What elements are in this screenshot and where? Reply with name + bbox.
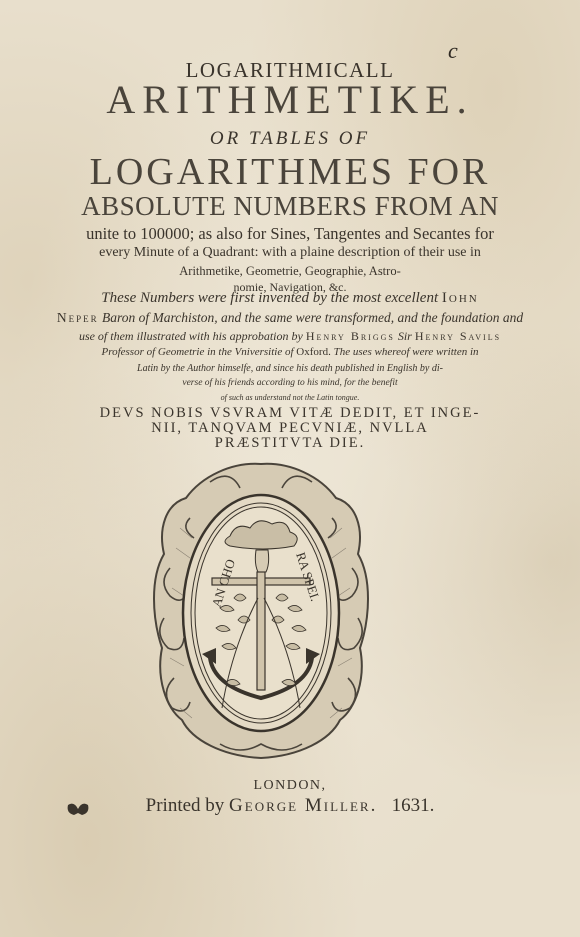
title-main: Arithmetike. <box>0 76 580 123</box>
title-line-8: Arithmetike, Geometrie, Geographie, Astr… <box>0 264 580 279</box>
attribution-text: Baron of Marchiston, and the same were t… <box>99 310 523 325</box>
attribution-text: use of them illustrated with his approba… <box>79 329 306 343</box>
anchor-emblem-icon: AN CHO RA SPEI. <box>150 458 372 763</box>
title-page: c Logarithmicall Arithmetike. Or Tables … <box>0 0 580 937</box>
attribution-text: The uses whereof were written in <box>331 346 479 358</box>
author-name: Iohn <box>442 290 479 306</box>
title-line-5: Absolute Numbers from an <box>0 191 580 222</box>
attribution-line-4: Professor of Geometrie in the Vniversiti… <box>0 346 580 358</box>
attribution-line-2: Neper Baron of Marchiston, and the same … <box>0 310 580 326</box>
imprint-year: 1631. <box>392 795 435 816</box>
attribution-text: These Numbers were first invented by the… <box>101 290 442 306</box>
attribution-text: Professor of Geometrie in the Vniversiti… <box>101 346 296 358</box>
imprint-place: London, <box>0 778 580 794</box>
title-line-6: unite to 100000; as also for Sines, Tang… <box>0 224 580 244</box>
author-surname: Neper <box>57 310 99 325</box>
attribution-line-6: verse of his friends according to his mi… <box>0 378 580 388</box>
imprint-printed-by: Printed by <box>146 795 229 816</box>
university-name: Oxford. <box>296 346 331 358</box>
imprint-line: Printed by George Miller. 1631. <box>0 795 580 817</box>
title-line-4: Logarithmes for <box>0 150 580 194</box>
printer-name: George Miller. <box>229 795 377 816</box>
attribution-line-3: use of them illustrated with his approba… <box>0 329 580 344</box>
attribution-line-1: These Numbers were first invented by the… <box>0 290 580 307</box>
title-line-7: every Minute of a Quadrant: with a plain… <box>0 245 580 261</box>
title-line-3: Or Tables of <box>0 128 580 150</box>
patron-name: Henry Savils <box>415 329 501 343</box>
attribution-line-5: Latin by the Author himselfe, and since … <box>0 363 580 374</box>
attribution-line-7: of such as understand not the Latin tong… <box>0 393 580 402</box>
editor-name: Henry Briggs <box>306 329 395 343</box>
motto-line-3: præstitvta die. <box>0 435 580 452</box>
attribution-text: Sir <box>395 329 415 343</box>
